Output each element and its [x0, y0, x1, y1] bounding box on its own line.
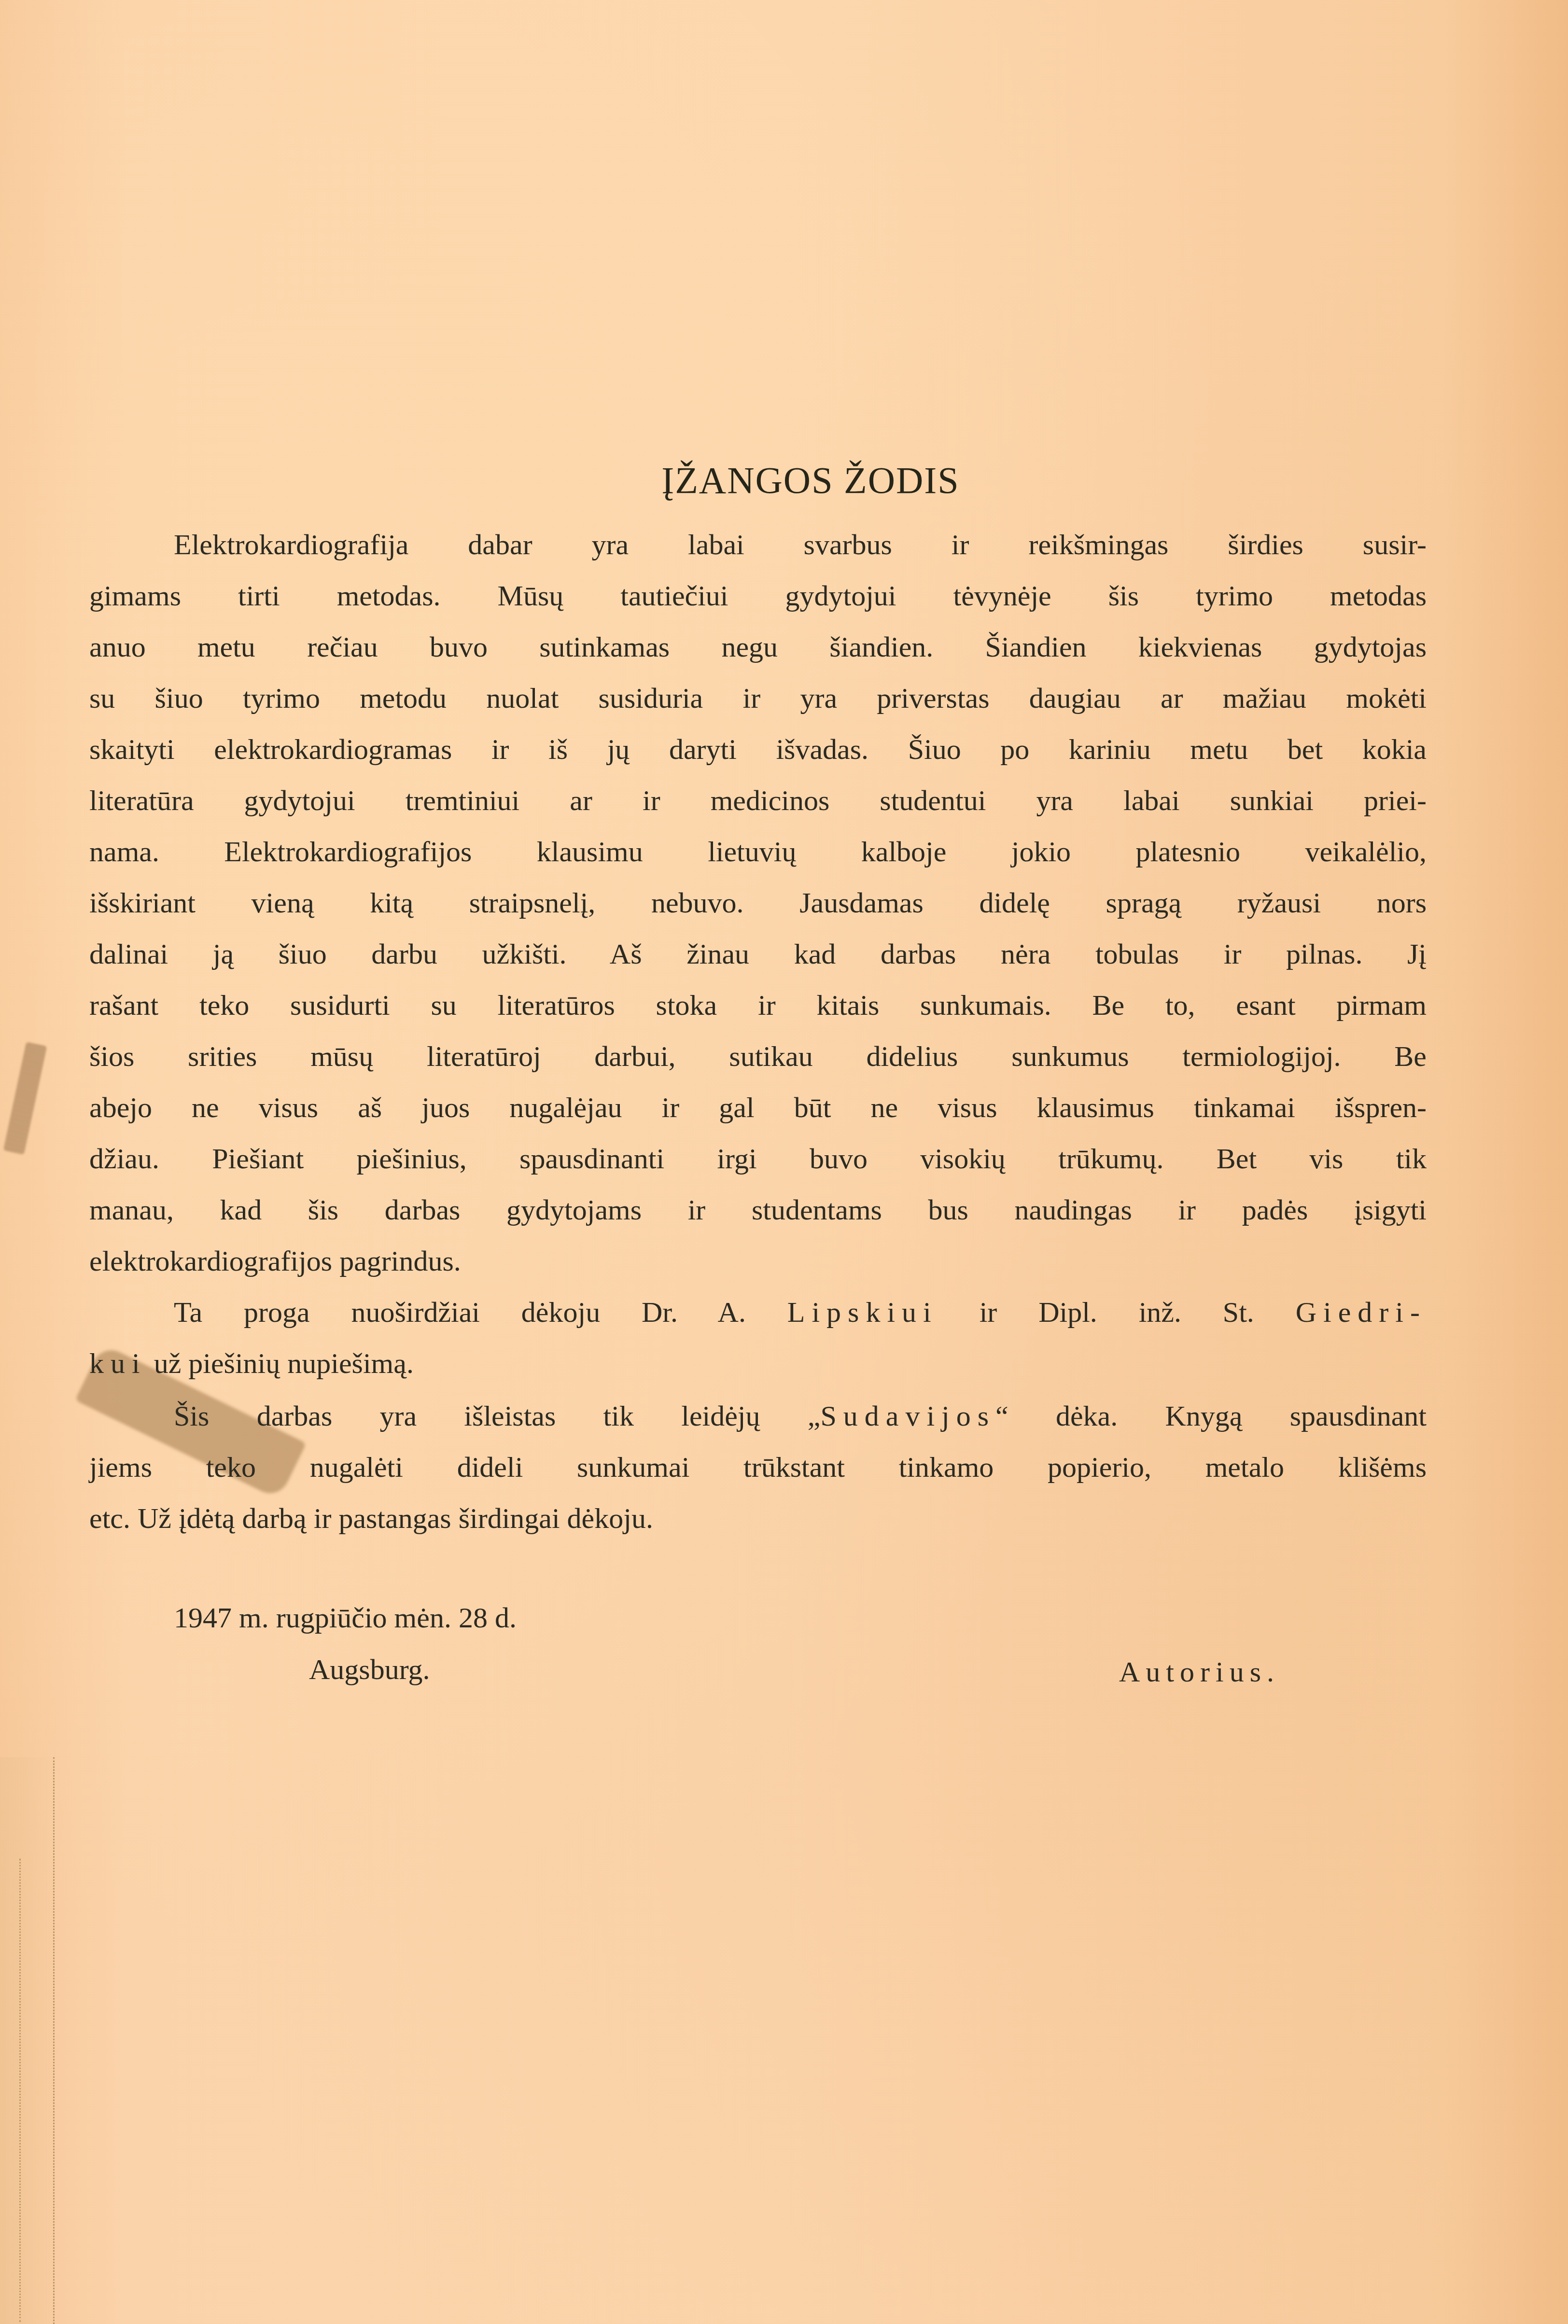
page-title: ĮŽANGOS ŽODIS	[0, 459, 1568, 502]
torn-binding-edge-inner	[0, 1859, 21, 2322]
text-line: rašant teko susidurti su literatūros sto…	[89, 980, 1427, 1031]
text-line: išskiriant vieną kitą straipsnelį, nebuv…	[89, 877, 1427, 928]
text-line: kui už piešinių nupiešimą.	[89, 1338, 1427, 1389]
scanned-book-page: ĮŽANGOS ŽODIS Elektrokardiografija dabar…	[0, 0, 1568, 2324]
text-line: Šis darbas yra išleistas tik leidėjų „Su…	[89, 1390, 1427, 1442]
text-line: nama. Elektrokardiografijos klausimu lie…	[89, 826, 1427, 877]
text-line: dalinai ją šiuo darbu užkišti. Aš žinau …	[89, 928, 1427, 980]
text-line: literatūra gydytojui tremtiniui ar ir me…	[89, 775, 1427, 826]
text-line: Elektrokardiografija dabar yra labai sva…	[89, 519, 1427, 570]
text-line: etc. Už įdėtą darbą ir pastangas širding…	[89, 1493, 1427, 1544]
spaced-name-giedrikui-cont: kui	[89, 1347, 147, 1379]
text-line: elektrokardiografijos pagrindus.	[89, 1235, 1427, 1287]
text-line: džiau. Piešiant piešinius, spausdinanti …	[89, 1133, 1427, 1184]
text-run: “ dėka. Knygą spausdinant	[995, 1400, 1427, 1432]
text-run: ir Dipl. inž. St.	[938, 1296, 1296, 1328]
text-line: skaityti elektrokardiogramas ir iš jų da…	[89, 724, 1427, 775]
paragraph-acknowledgement-publisher: Šis darbas yra išleistas tik leidėjų „Su…	[89, 1390, 1427, 1544]
spaced-name-sudavijos: Sudavijos	[820, 1400, 995, 1432]
text-line: manau, kad šis darbas gydytojams ir stud…	[89, 1184, 1427, 1235]
closing-date: 1947 m. rugpiūčio mėn. 28 d.	[174, 1592, 517, 1643]
margin-pencil-mark	[3, 1042, 47, 1155]
text-run: Ta proga nuoširdžiai dėkoju Dr. A.	[174, 1296, 787, 1328]
text-line: jiems teko nugalėti dideli sunkumai trūk…	[89, 1442, 1427, 1493]
spaced-name-lipskiui: Lipskiui	[787, 1296, 938, 1328]
text-line: šios srities mūsų literatūroj darbui, su…	[89, 1031, 1427, 1082]
text-line: Ta proga nuoširdžiai dėkoju Dr. A. Lipsk…	[89, 1287, 1427, 1338]
spaced-name-giedrikui: Giedri-	[1296, 1296, 1427, 1328]
closing-place: Augsburg.	[309, 1644, 430, 1695]
text-line: anuo metu rečiau buvo sutinkamas negu ši…	[89, 621, 1427, 672]
paragraph-acknowledgement-illustrations: Ta proga nuoširdžiai dėkoju Dr. A. Lipsk…	[89, 1287, 1427, 1389]
text-line: su šiuo tyrimo metodu nuolat susiduria i…	[89, 672, 1427, 724]
text-line: gimams tirti metodas. Mūsų tautiečiui gy…	[89, 570, 1427, 621]
text-run: Šis darbas yra išleistas tik leidėjų „	[174, 1400, 820, 1432]
text-line: abejo ne visus aš juos nugalėjau ir gal …	[89, 1082, 1427, 1133]
paragraph-introduction: Elektrokardiografija dabar yra labai sva…	[89, 519, 1427, 1287]
text-run: už piešinių nupiešimą.	[147, 1347, 414, 1379]
author-signature: Autorius.	[1119, 1646, 1280, 1697]
